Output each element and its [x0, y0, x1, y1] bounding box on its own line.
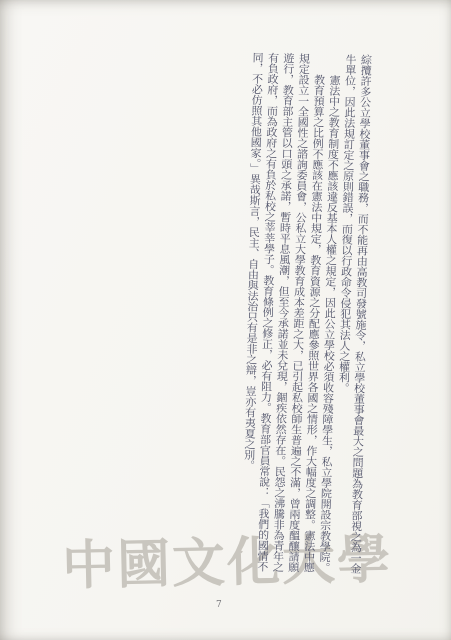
- text-block: 綜攬許多公立學校董事會之職務，而不能再由高教司發號施令，私立學校董事會最大之問題…: [238, 52, 373, 592]
- page-number: 7: [216, 600, 222, 610]
- scanned-document-page: 中國文化大學 綜攬許多公立學校董事會之職務，而不能再由高教司發號施令，私立學校董…: [0, 0, 451, 640]
